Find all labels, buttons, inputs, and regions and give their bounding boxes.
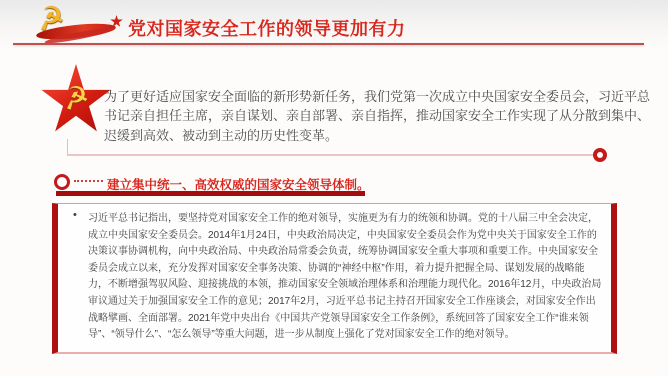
red-star-icon: ☭	[40, 64, 112, 138]
connector-end-dot-icon	[593, 148, 607, 162]
bullet-marker: •	[73, 209, 77, 221]
dotted-connector-line	[74, 180, 103, 182]
section-underline-bar	[56, 191, 365, 196]
header-divider-line	[13, 43, 644, 45]
intro-paragraph: 为了更好适应国家安全面临的新形势新任务，我们党第一次成立中央国家安全委员会，习近…	[104, 87, 664, 145]
content-panel: • 习近平总书记指出，要坚持党对国家安全工作的绝对领导，实施更为有力的统领和协调…	[52, 203, 617, 354]
content-paragraph: 习近平总书记指出，要坚持党对国家安全工作的绝对领导，实施更为有力的统领和协调。党…	[88, 211, 604, 344]
page-title: 党对国家安全工作的领导更加有力	[128, 15, 406, 41]
hollow-circle-bullet-icon	[54, 174, 70, 190]
party-emblem-icon: ☭	[36, 6, 124, 44]
horizontal-connector-line	[67, 154, 594, 156]
slide-root: ☭ 党对国家安全工作的领导更加有力 ☭ 为了更好适应国家安全面临的新形势新任务，…	[0, 0, 668, 376]
